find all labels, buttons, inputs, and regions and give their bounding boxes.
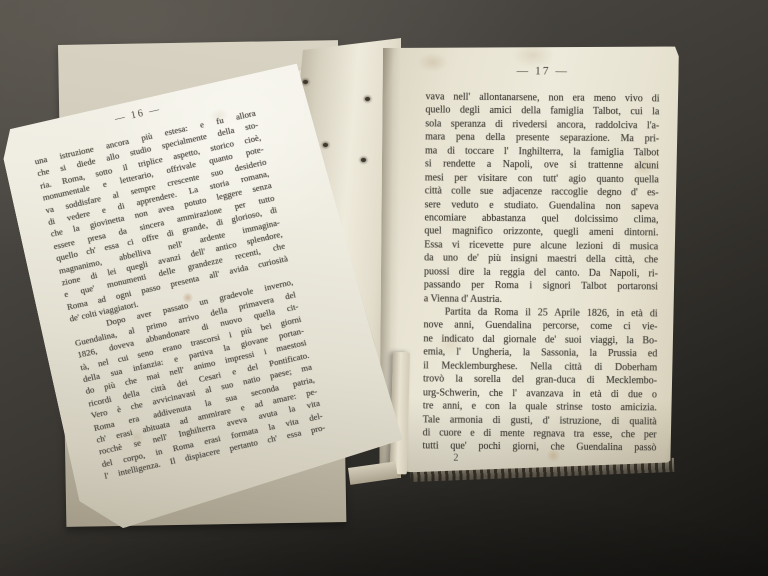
- right-page-text: vava nell' allontanarsene, non era meno …: [422, 90, 659, 455]
- signature-mark: 2: [453, 453, 458, 464]
- page-number-header-right: — 17 —: [426, 64, 660, 78]
- text-line: passando per Roma i signori Talbot porta…: [424, 278, 658, 293]
- text-line: città colle sue adjacenze raccoglie degn…: [425, 184, 659, 199]
- text-line: tre anni, e con la quale strinse tosto a…: [423, 399, 657, 414]
- right-page: — 17 — vava nell' allontanarsene, non er…: [379, 44, 679, 477]
- stitch-hole: [361, 158, 366, 162]
- left-page-text: una istruzione ancora più estesa: e fu a…: [33, 107, 326, 483]
- under-sheet-corner: [348, 461, 398, 485]
- stitch-hole: [365, 97, 370, 101]
- book-photo: — 17 — vava nell' allontanarsene, non er…: [0, 0, 768, 576]
- stitch-hole: [323, 143, 328, 147]
- stitch-hole: [303, 80, 308, 84]
